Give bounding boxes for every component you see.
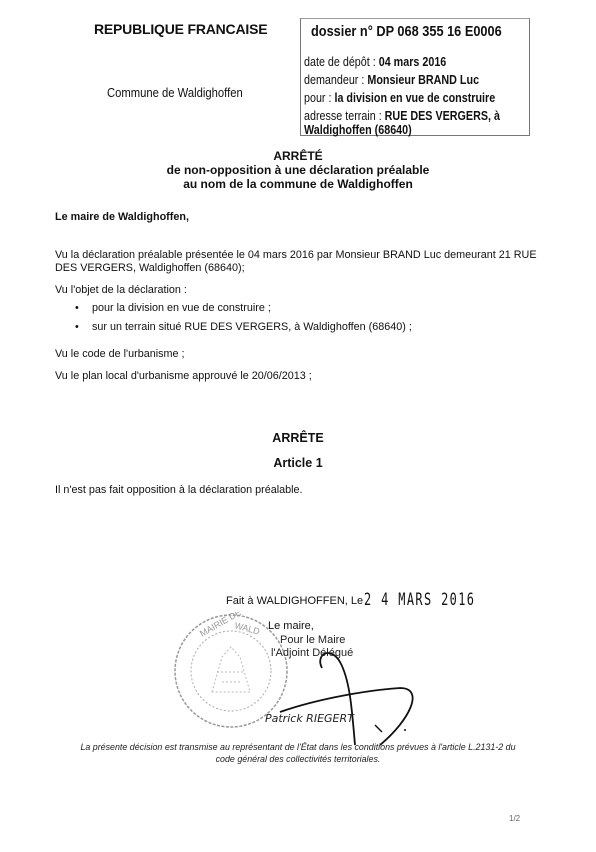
- vu-plan: Vu le plan local d'urbanisme approuvé le…: [55, 370, 312, 382]
- dossier-number: dossier n° DP 068 355 16 E0006: [311, 24, 502, 40]
- legal-notice: La présente décision est transmise au re…: [0, 742, 596, 752]
- mayor-heading: Le maire de Waldighoffen,: [55, 211, 189, 223]
- stamp-date: 2 4 MARS 2016: [364, 590, 475, 610]
- bullet-icon: •: [75, 321, 79, 333]
- mayor-label: Le maire,: [268, 620, 314, 632]
- dossier-info-box: dossier n° DP 068 355 16 E0006 date de d…: [300, 18, 530, 136]
- applicant: demandeur : Monsieur BRAND Luc: [304, 73, 479, 87]
- vu-declaration: Vu la déclaration préalable présentée le…: [55, 249, 537, 261]
- legal-notice-cont: code général des collectivités territori…: [0, 754, 596, 764]
- page-number: 1/2: [509, 814, 520, 823]
- purpose: pour : la division en vue de construire: [304, 91, 495, 105]
- vu-declaration-cont: DES VERGERS, Waldighoffen (68640);: [55, 262, 245, 274]
- svg-text:Patrick RIEGERT: Patrick RIEGERT: [265, 712, 355, 725]
- article-heading: Article 1: [0, 456, 596, 470]
- article-text: Il n'est pas fait opposition à la déclar…: [55, 484, 303, 496]
- republic-heading: REPUBLIQUE FRANCAISE: [94, 21, 267, 37]
- list-item: pour la division en vue de construire ;: [92, 302, 271, 314]
- place-date-label: Fait à WALDIGHOFFEN, Le: [226, 595, 363, 607]
- decree-title: ARRÊTÉ: [0, 149, 596, 163]
- commune-name: Commune de Waldighoffen: [107, 86, 243, 100]
- arrete-heading: ARRÊTE: [0, 431, 596, 445]
- list-item: sur un terrain situé RUE DES VERGERS, à …: [92, 321, 412, 333]
- decree-subtitle-2: au nom de la commune de Waldighoffen: [0, 177, 596, 191]
- vu-code: Vu le code de l'urbanisme ;: [55, 348, 185, 360]
- land-address-cont: Waldighoffen (68640): [304, 123, 412, 137]
- land-address: adresse terrain : RUE DES VERGERS, à: [304, 109, 500, 123]
- decree-subtitle: de non-opposition à une déclaration préa…: [0, 163, 596, 177]
- for-mayor-label: Pour le Maire: [280, 634, 345, 646]
- vu-objet: Vu l'objet de la déclaration :: [55, 284, 187, 296]
- handwritten-signature-icon: Patrick RIEGERT: [260, 650, 430, 750]
- deposit-date: date de dépôt : 04 mars 2016: [304, 55, 446, 69]
- bullet-icon: •: [75, 302, 79, 314]
